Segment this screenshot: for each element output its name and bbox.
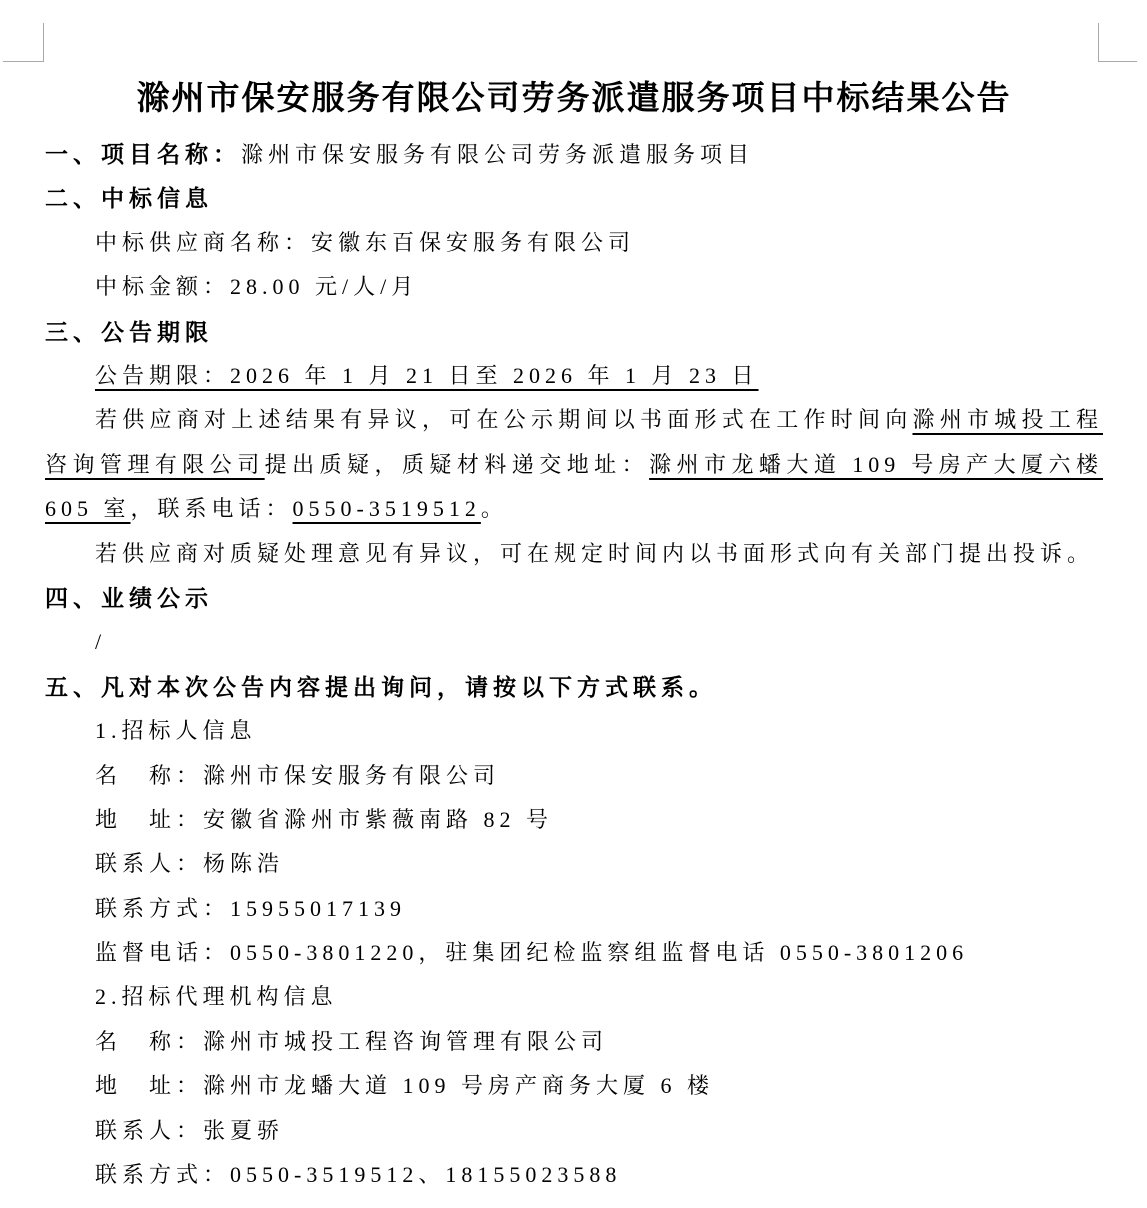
objection-text-segment: 提出质疑，质疑材料递交地址： xyxy=(265,452,649,477)
section2-heading: 二、中标信息 xyxy=(45,176,1103,220)
document-title: 滁州市保安服务有限公司劳务派遣服务项目中标结果公告 xyxy=(45,74,1103,124)
objection-text-segment: ，联系电话： xyxy=(131,496,293,521)
objection-text-segment: 。 xyxy=(481,496,508,521)
document-page: 滁州市保安服务有限公司劳务派遣服务项目中标结果公告 一、项目名称：滁州市保安服务… xyxy=(0,0,1147,1208)
bidder-contact: 联系人：杨陈浩 xyxy=(45,842,1103,886)
agency-contact: 联系人：张夏骄 xyxy=(45,1109,1103,1153)
section1-value: 滁州市保安服务有限公司劳务派遣服务项目 xyxy=(241,142,754,167)
bidder-address: 地 址：安徽省滁州市紫薇南路 82 号 xyxy=(45,798,1103,842)
section3-period-line: 公告期限：2026 年 1 月 21 日至 2026 年 1 月 23 日 xyxy=(45,354,1103,398)
objection-text-segment: 若供应商对上述结果有异议，可在公示期间以书面形式在工作时间向 xyxy=(95,407,912,432)
bidder-phone: 联系方式：15955017139 xyxy=(45,887,1103,931)
section2-amount: 中标金额：28.00 元/人/月 xyxy=(45,265,1103,309)
agency-subheading: 2.招标代理机构信息 xyxy=(45,975,1103,1019)
agency-address: 地 址：滁州市龙蟠大道 109 号房产商务大厦 6 楼 xyxy=(45,1064,1103,1108)
section3-heading: 三、公告期限 xyxy=(45,310,1103,354)
margin-corner-mark-left xyxy=(3,23,44,62)
objection-phone-number: 0550-3519512 xyxy=(293,496,481,521)
bidder-subheading: 1.招标人信息 xyxy=(45,709,1103,753)
agency-phone: 联系方式：0550-3519512、18155023588 xyxy=(45,1153,1103,1197)
section3-objection-paragraph: 若供应商对上述结果有异议，可在公示期间以书面形式在工作时间向滁州市城投工程咨询管… xyxy=(45,398,1103,531)
agency-name: 名 称：滁州市城投工程咨询管理有限公司 xyxy=(45,1020,1103,1064)
section5-heading: 五、凡对本次公告内容提出询问，请按以下方式联系。 xyxy=(45,665,1103,709)
section4-heading: 四、业绩公示 xyxy=(45,576,1103,620)
section3-period: 公告期限：2026 年 1 月 21 日至 2026 年 1 月 23 日 xyxy=(95,363,759,388)
section2-supplier: 中标供应商名称：安徽东百保安服务有限公司 xyxy=(45,221,1103,265)
section3-complaint-paragraph: 若供应商对质疑处理意见有异议，可在规定时间内以书面形式向有关部门提出投诉。 xyxy=(45,532,1103,576)
document-content: 滁州市保安服务有限公司劳务派遣服务项目中标结果公告 一、项目名称：滁州市保安服务… xyxy=(45,74,1103,1197)
margin-corner-mark-right xyxy=(1098,23,1137,62)
bidder-name: 名 称：滁州市保安服务有限公司 xyxy=(45,754,1103,798)
bidder-supervision-phone: 监督电话：0550-3801220，驻集团纪检监察组监督电话 0550-3801… xyxy=(45,931,1103,975)
section1-line: 一、项目名称：滁州市保安服务有限公司劳务派遣服务项目 xyxy=(45,132,1103,176)
section1-heading: 一、项目名称： xyxy=(45,141,241,167)
section4-value: / xyxy=(45,620,1103,664)
